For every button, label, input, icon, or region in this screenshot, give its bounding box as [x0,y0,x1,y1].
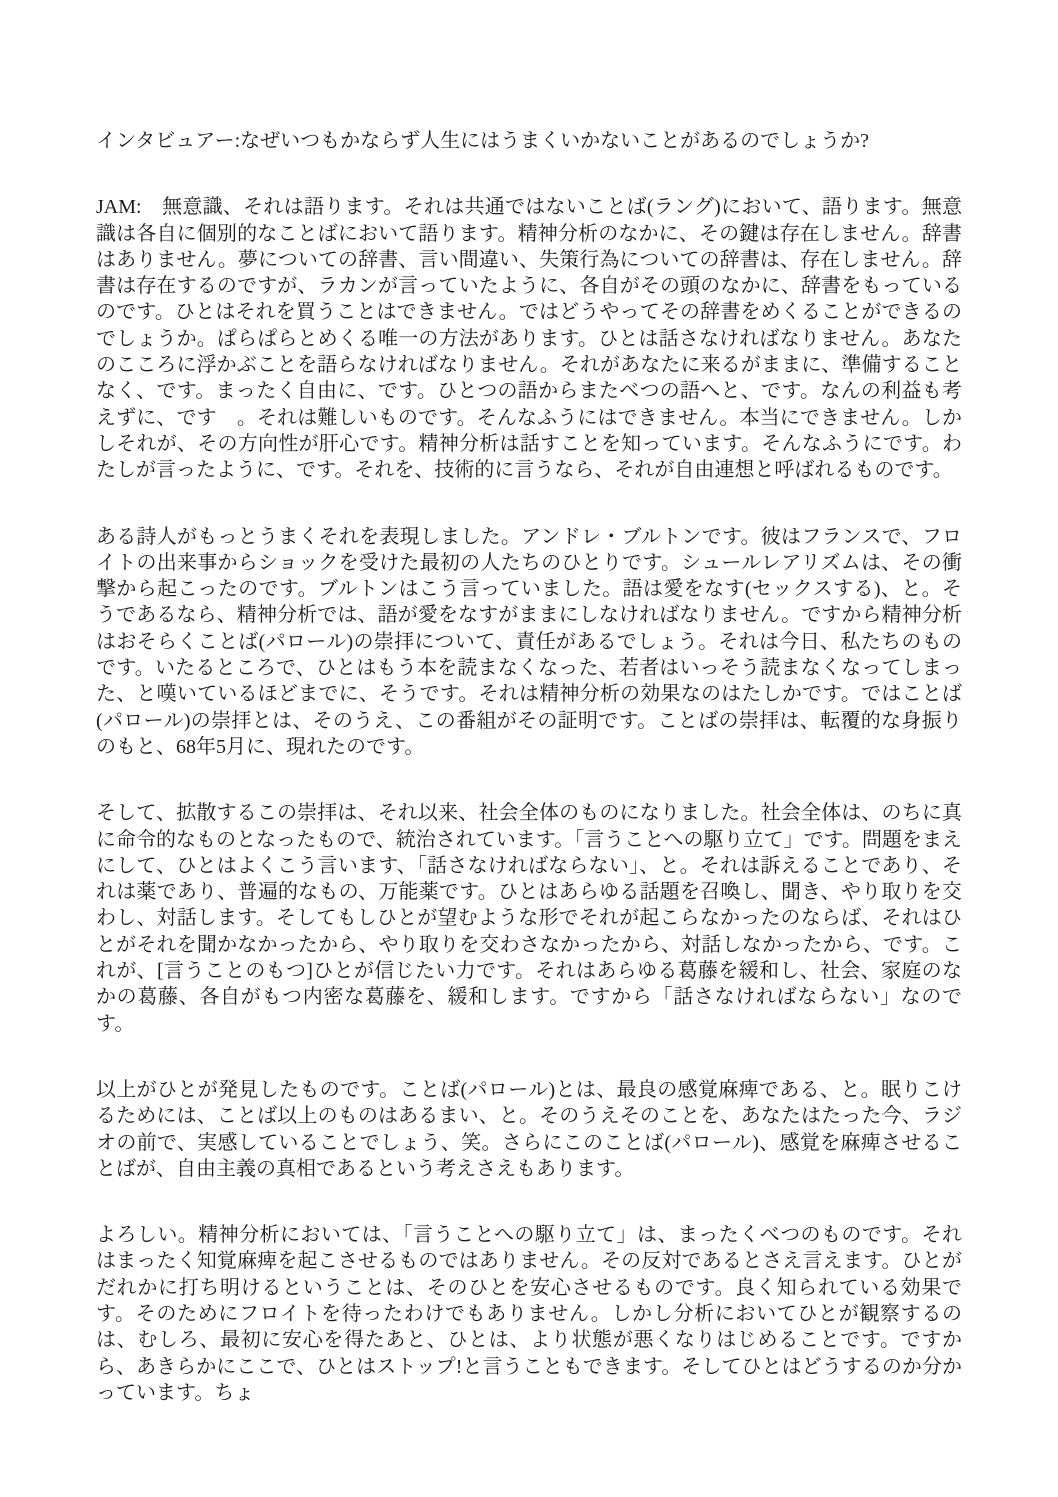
paragraph-text: なぜいつもかならず人生にはうまくいかないことがあるのでしょうか? [240,130,869,152]
interviewer-label: インタビュアー: [96,130,240,152]
paragraph-text: 以上がひとが発見したものです。ことば(パロール)とは、最良の感覚麻痺である、と。… [96,1079,962,1180]
paragraph-breton-surrealism: ある詩人がもっとうまくそれを表現しました。アンドレ・ブルトンです。彼はフランスで… [96,524,962,761]
paragraph-text: よろしい。精神分析においては、「言うことへの駆り立て」は、まったくべつのものです… [96,1224,962,1404]
document-page: インタビュアー:なぜいつもかならず人生にはうまくいかないことがあるのでしょうか?… [0,0,1058,1497]
jam-speaker-label: JAM: [96,196,142,218]
paragraph-text: そして、拡散するこの崇拝は、それ以来、社会全体のものになりました。社会全体は、の… [96,802,962,1034]
paragraph-text: ある詩人がもっとうまくそれを表現しました。アンドレ・ブルトンです。彼はフランスで… [96,526,962,758]
interviewer-question: インタビュアー:なぜいつもかならず人生にはうまくいかないことがあるのでしょうか? [96,128,962,154]
paragraph-psychoanalysis-stop: よろしい。精神分析においては、「言うことへの駆り立て」は、まったくべつのものです… [96,1222,962,1406]
paragraph-text: 無意識、それは語ります。それは共通ではないことば(ラング)において、語ります。無… [96,196,962,481]
paragraph-cult-of-speech: そして、拡散するこの崇拝は、それ以来、社会全体のものになりました。社会全体は、の… [96,800,962,1037]
paragraph-speech-anesthesia: 以上がひとが発見したものです。ことば(パロール)とは、最良の感覚麻痺である、と。… [96,1077,962,1182]
jam-response-unconscious: JAM: 無意識、それは語ります。それは共通ではないことば(ラング)において、語… [96,194,962,483]
